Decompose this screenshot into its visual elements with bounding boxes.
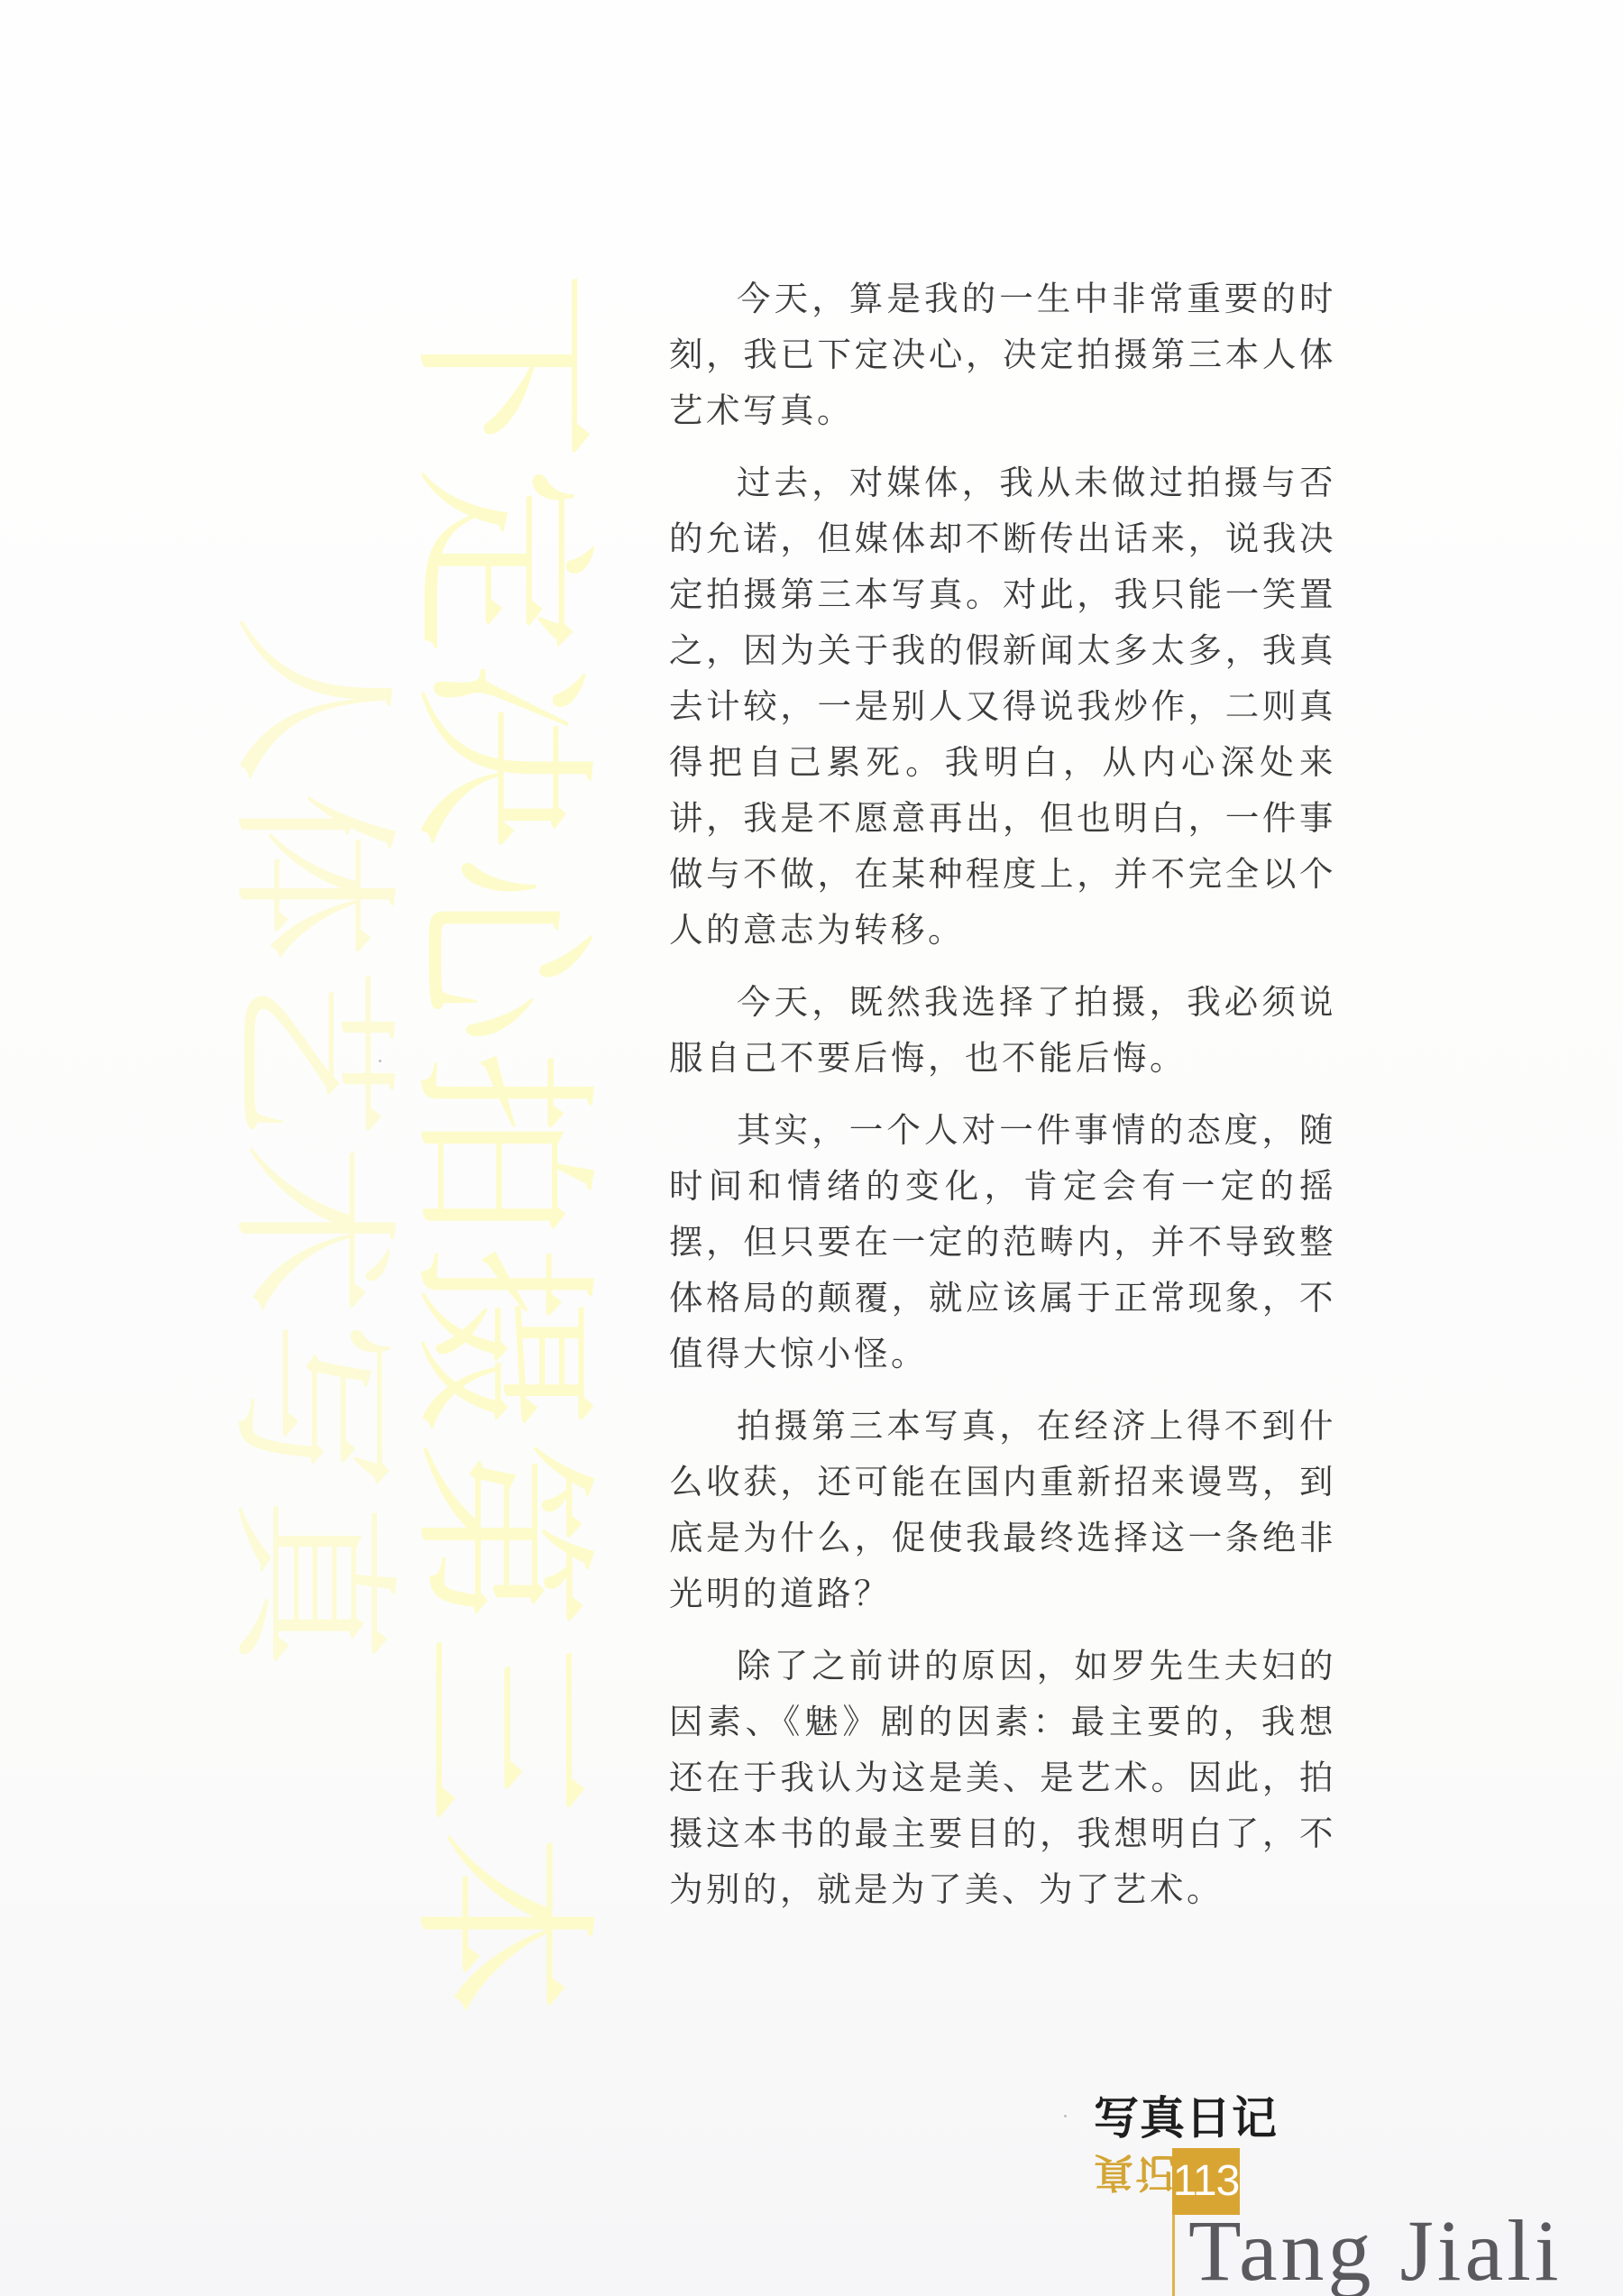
- article-body: 今天，算是我的一生中非常重要的时刻，我已下定决心，决定拍摄第三本人体艺术写真。 …: [669, 271, 1336, 1933]
- watermark-text-column-2: 人体艺术写真: [225, 613, 397, 1674]
- author-name: Tang Jiali: [1188, 2208, 1563, 2294]
- section-title: 写真日记: [1094, 2096, 1278, 2141]
- paragraph: 今天，既然我选择了拍摄，我必须说服自己不要后悔，也不能后悔。: [669, 974, 1336, 1086]
- scan-speck: [1064, 2115, 1067, 2117]
- paragraph: 今天，算是我的一生中非常重要的时刻，我已下定决心，决定拍摄第三本人体艺术写真。: [669, 271, 1336, 438]
- scan-speck: [379, 1060, 381, 1062]
- magazine-page: 下定决心拍摄第三本 人体艺术写真 今天，算是我的一生中非常重要的时刻，我已下定决…: [0, 0, 1623, 2296]
- paragraph: 其实，一个人对一件事情的态度，随时间和情绪的变化，肯定会有一定的摇摆，但只要在一…: [669, 1102, 1336, 1382]
- paragraph: 过去，对媒体，我从未做过拍摄与否的允诺，但媒体却不断传出话来，说我决定拍摄第三本…: [669, 455, 1336, 958]
- watermark-text-column-1: 下定决心拍摄第三本: [406, 271, 595, 2024]
- paragraph: 除了之前讲的原因，如罗先生夫妇的因素、《魅》剧的因素：最主要的，我想还在于我认为…: [669, 1638, 1336, 1917]
- paragraph: 拍摄第三本写真，在经济上得不到什么收获，还可能在国内重新招来谩骂，到底是为什么，…: [669, 1398, 1336, 1621]
- accent-divider-line: [1172, 2215, 1175, 2296]
- scan-speck: [866, 302, 868, 305]
- section-title-reflection: 真记: [1094, 2152, 1177, 2191]
